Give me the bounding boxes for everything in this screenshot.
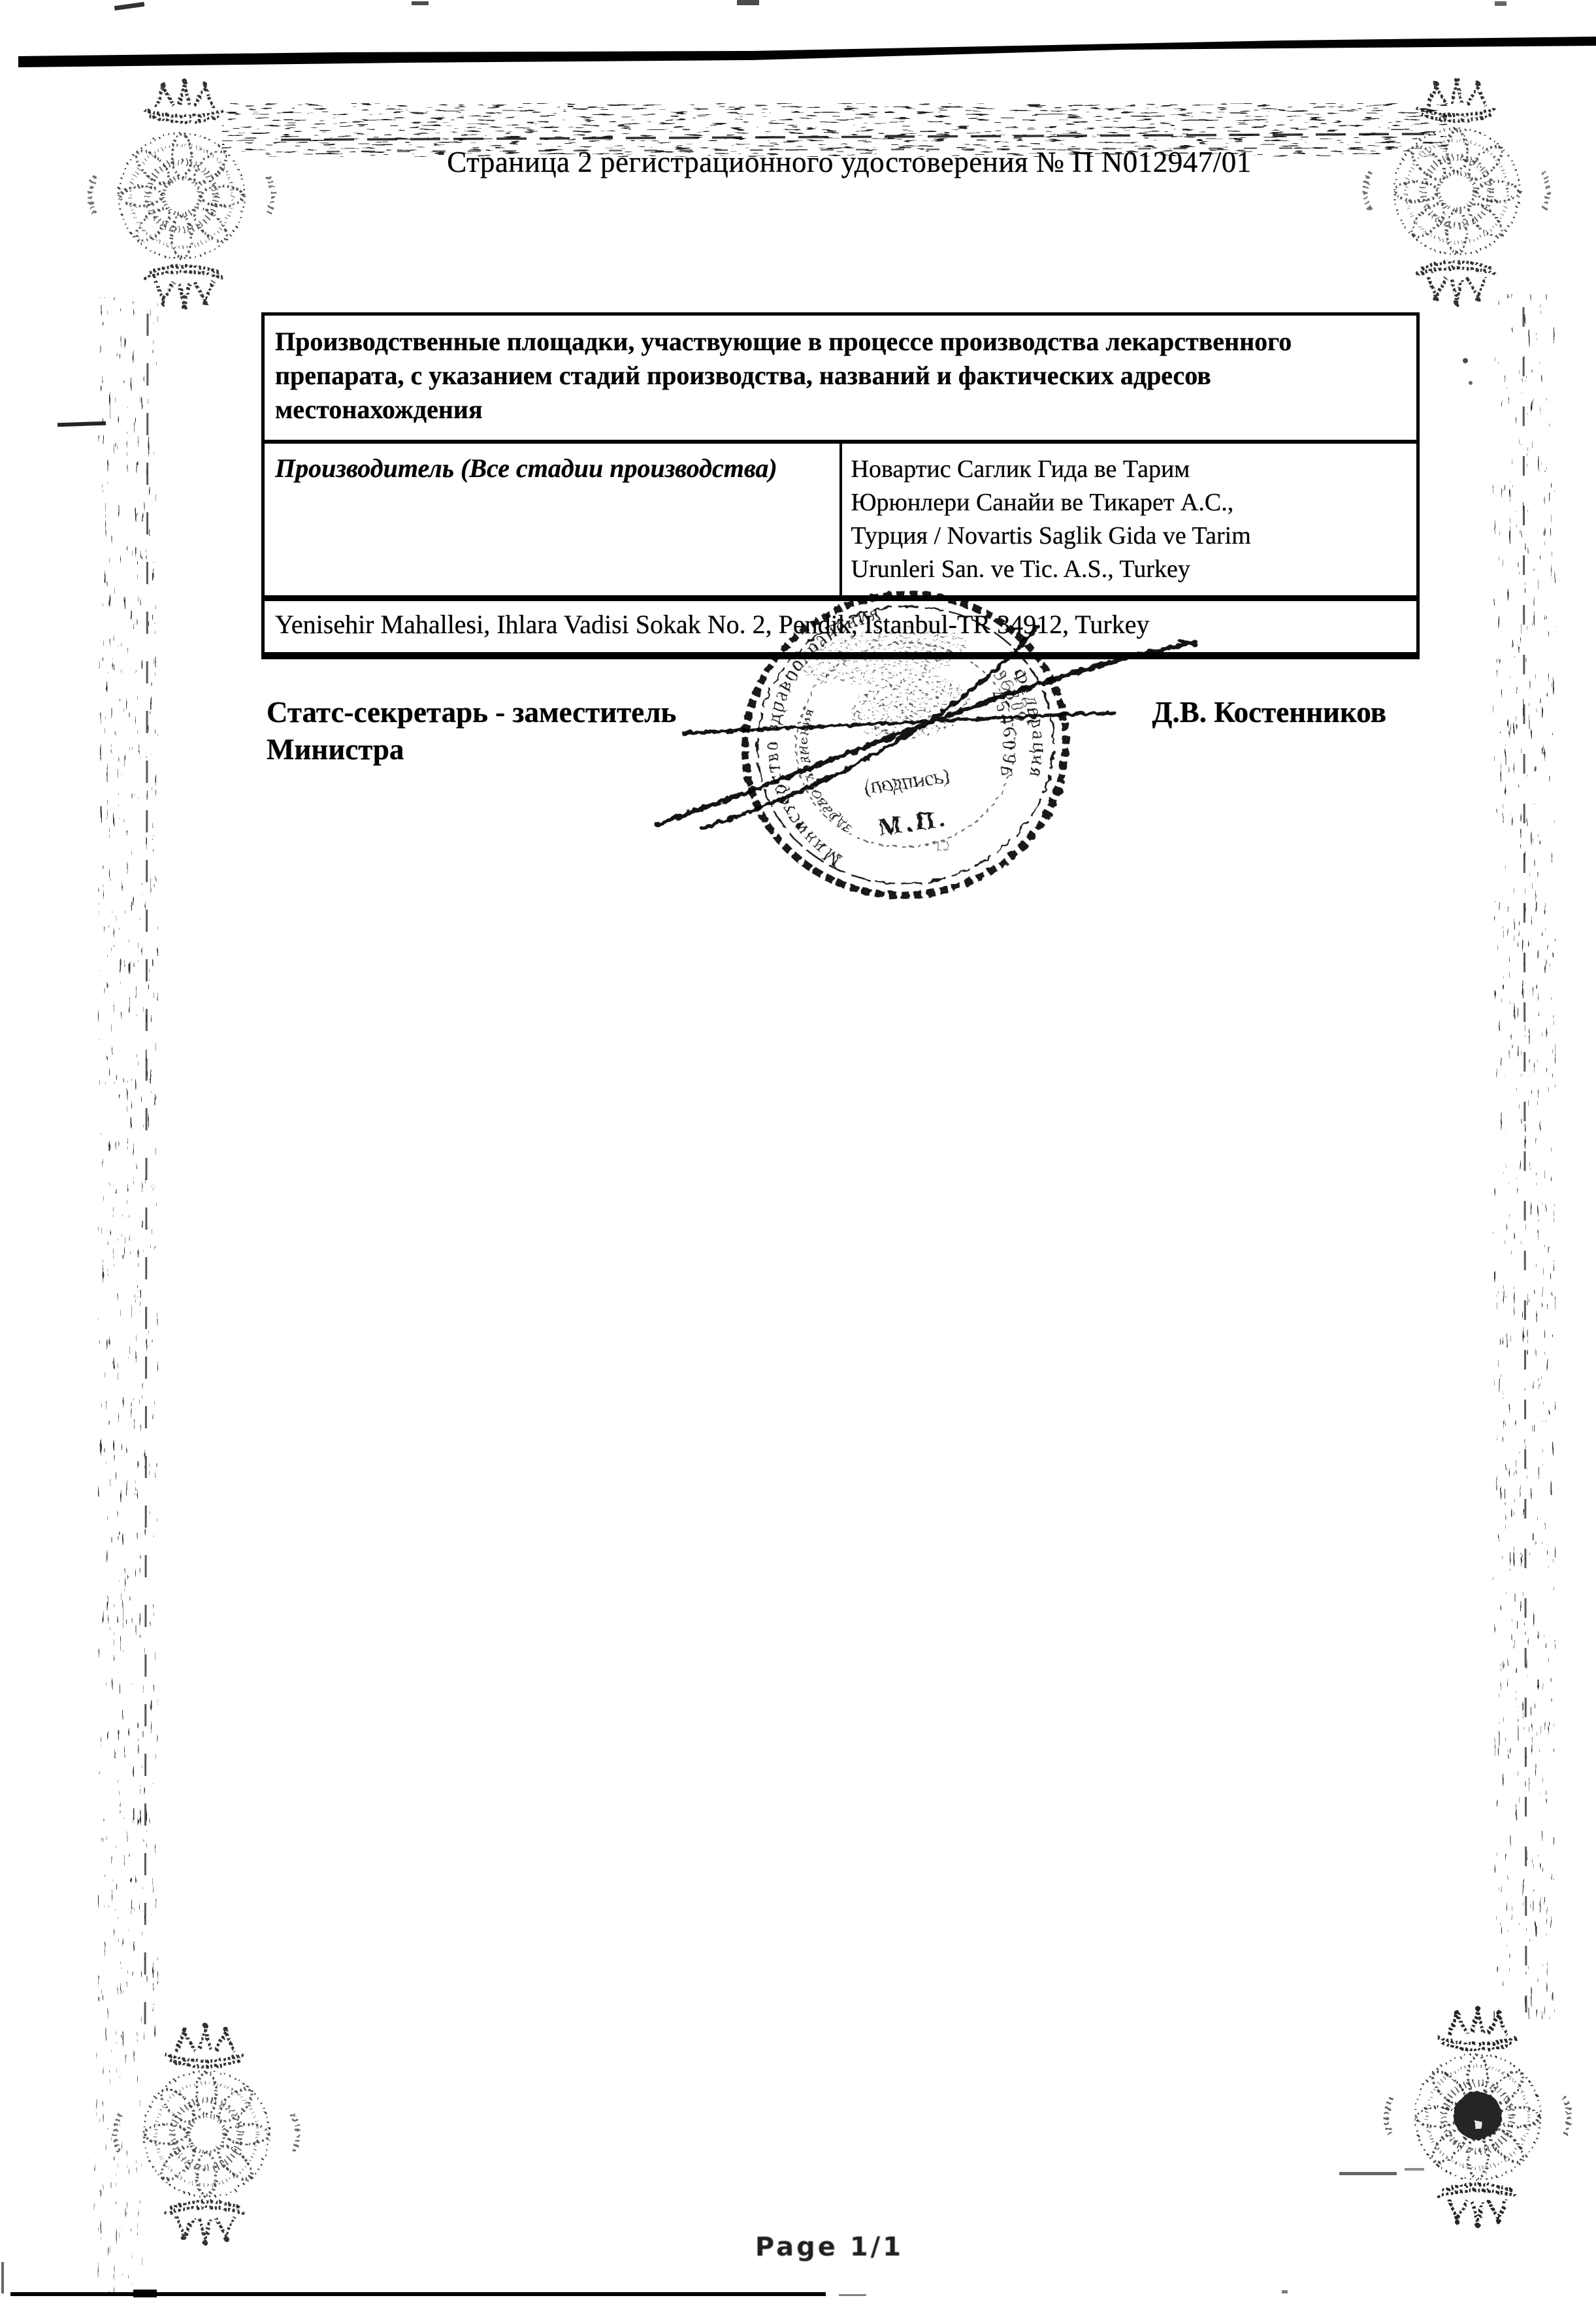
table-header-cell: Производственные площадки, участвующие в… [263,314,1418,442]
table-header-row: Производственные площадки, участвующие в… [263,314,1418,442]
stamp-seal-mark: М.П. [877,804,951,842]
stamp-signature-hint: (подпись) [862,763,951,798]
official-stamp: Министерство здравоохранения Федерация з… [627,536,1228,941]
footer-page-number: Page 1/1 [31,2232,1596,2262]
signatory-role: Статс-секретарь - заместитель Министра [267,694,676,768]
scanned-certificate-page: Страница 2 регистрационного удостоверени… [0,0,1596,2300]
stamp-small-mark: 12 [934,836,950,855]
stamp-body: Министерство здравоохранения Федерация з… [725,574,1085,916]
document-content: Страница 2 регистрационного удостоверени… [0,0,1596,2300]
page-title: Страница 2 регистрационного удостоверени… [111,145,1588,179]
